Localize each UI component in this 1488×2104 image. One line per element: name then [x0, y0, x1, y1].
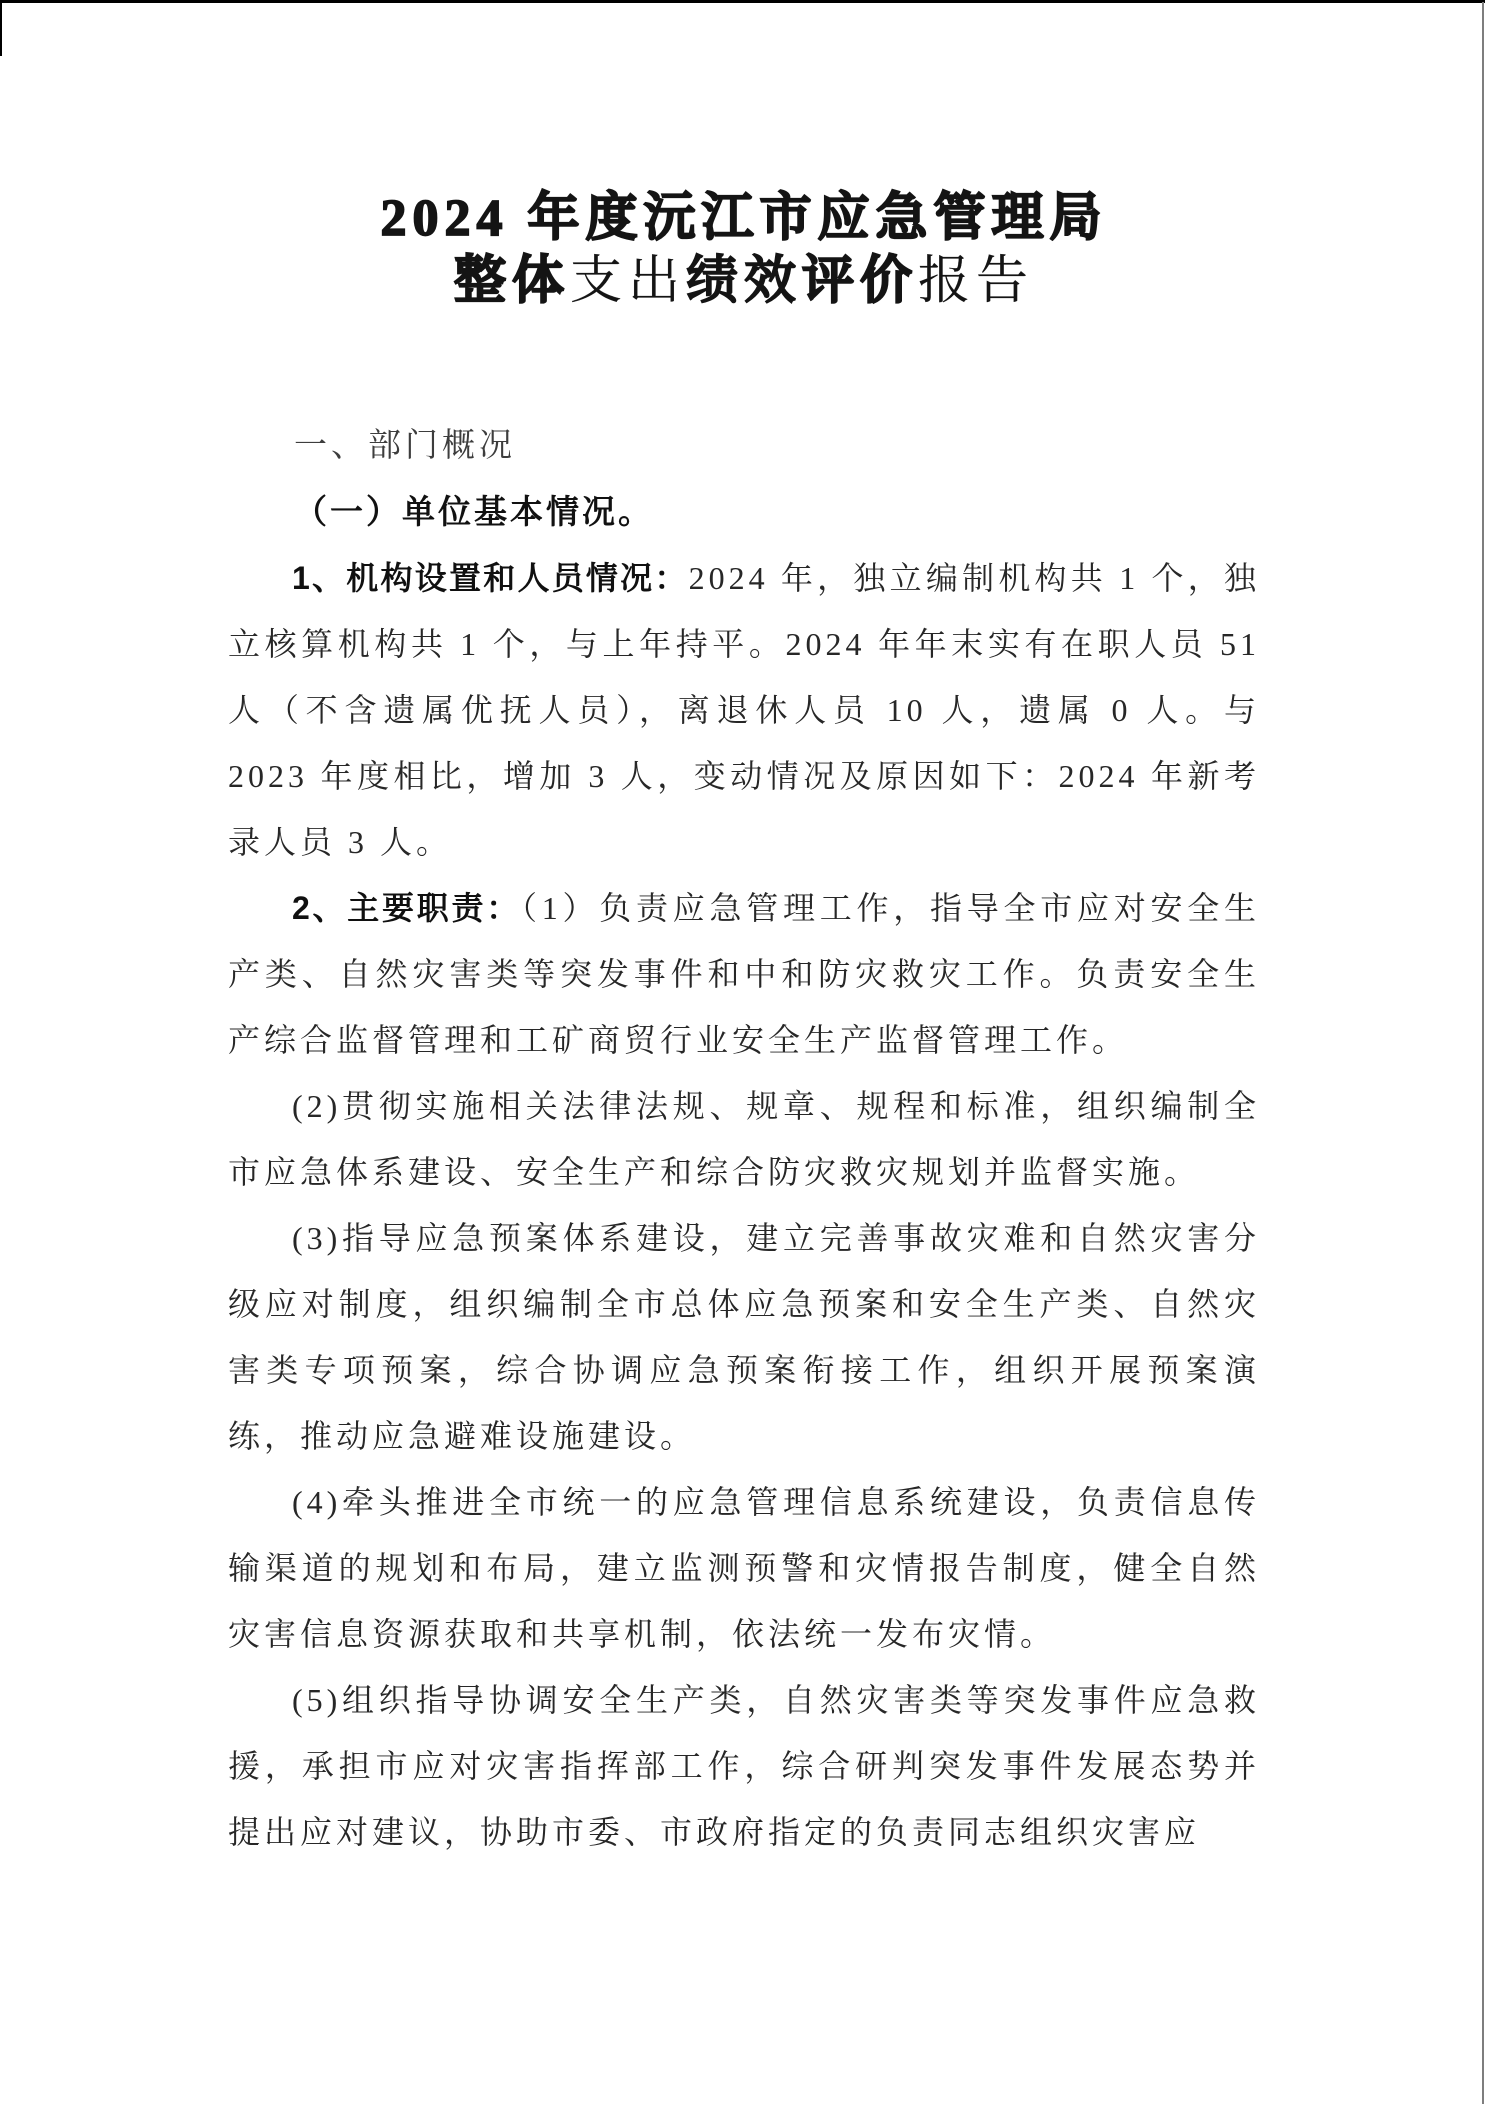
paragraph-text: (2)贯彻实施相关法律法规、规章、规程和标准，组织编制全市应急体系建设、安全生产… [228, 1088, 1260, 1190]
title-segment: 整体 [454, 253, 570, 310]
title-segment: 支出 [570, 253, 686, 310]
report-title-line2: 整体支出绩效评价报告 [228, 250, 1260, 313]
paragraph-lead: 1、机构设置和人员情况： [292, 560, 689, 596]
body-paragraph-3: (2)贯彻实施相关法律法规、规章、规程和标准，组织编制全市应急体系建设、安全生产… [228, 1073, 1260, 1205]
title-segment: 评价 [802, 253, 918, 310]
report-title-line1: 2024 年度沅江市应急管理局 [228, 187, 1260, 250]
body-paragraph-1: 1、机构设置和人员情况：2024 年，独立编制机构共 1 个，独立核算机构共 1… [228, 545, 1260, 875]
document-page: 2024 年度沅江市应急管理局 整体支出绩效评价报告 一、部门概况 （一）单位基… [0, 0, 1488, 2104]
title-line1-text: 2024 年度沅江市应急管理局 [380, 190, 1107, 247]
report-title: 2024 年度沅江市应急管理局 整体支出绩效评价报告 [228, 187, 1260, 313]
page-content: 2024 年度沅江市应急管理局 整体支出绩效评价报告 一、部门概况 （一）单位基… [228, 187, 1260, 1865]
body-paragraph-6: (5)组织指导协调安全生产类，自然灾害类等突发事件应急救援，承担市应对灾害指挥部… [228, 1667, 1260, 1865]
section-heading: 一、部门概况 [228, 413, 1260, 479]
paragraph-text: (5)组织指导协调安全生产类，自然灾害类等突发事件应急救援，承担市应对灾害指挥部… [228, 1682, 1260, 1850]
page-edge-top [0, 0, 1485, 3]
subsection-heading: （一）单位基本情况。 [228, 479, 1260, 545]
paragraph-lead: 2、主要职责： [292, 890, 521, 926]
page-edge-left [0, 0, 2, 56]
page-edge-right [1482, 2, 1484, 2104]
title-segment: 报告 [918, 253, 1034, 310]
paragraph-text: (3)指导应急预案体系建设，建立完善事故灾难和自然灾害分级应对制度，组织编制全市… [228, 1220, 1260, 1454]
body-paragraph-4: (3)指导应急预案体系建设，建立完善事故灾难和自然灾害分级应对制度，组织编制全市… [228, 1205, 1260, 1469]
paragraph-text: (4)牵头推进全市统一的应急管理信息系统建设，负责信息传输渠道的规划和布局，建立… [228, 1484, 1260, 1652]
body-paragraph-5: (4)牵头推进全市统一的应急管理信息系统建设，负责信息传输渠道的规划和布局，建立… [228, 1469, 1260, 1667]
body-paragraph-2: 2、主要职责：（1）负责应急管理工作，指导全市应对安全生产类、自然灾害类等突发事… [228, 875, 1260, 1073]
paragraph-text: 2024 年，独立编制机构共 1 个，独立核算机构共 1 个，与上年持平。202… [228, 560, 1260, 860]
title-segment: 绩效 [686, 253, 802, 310]
